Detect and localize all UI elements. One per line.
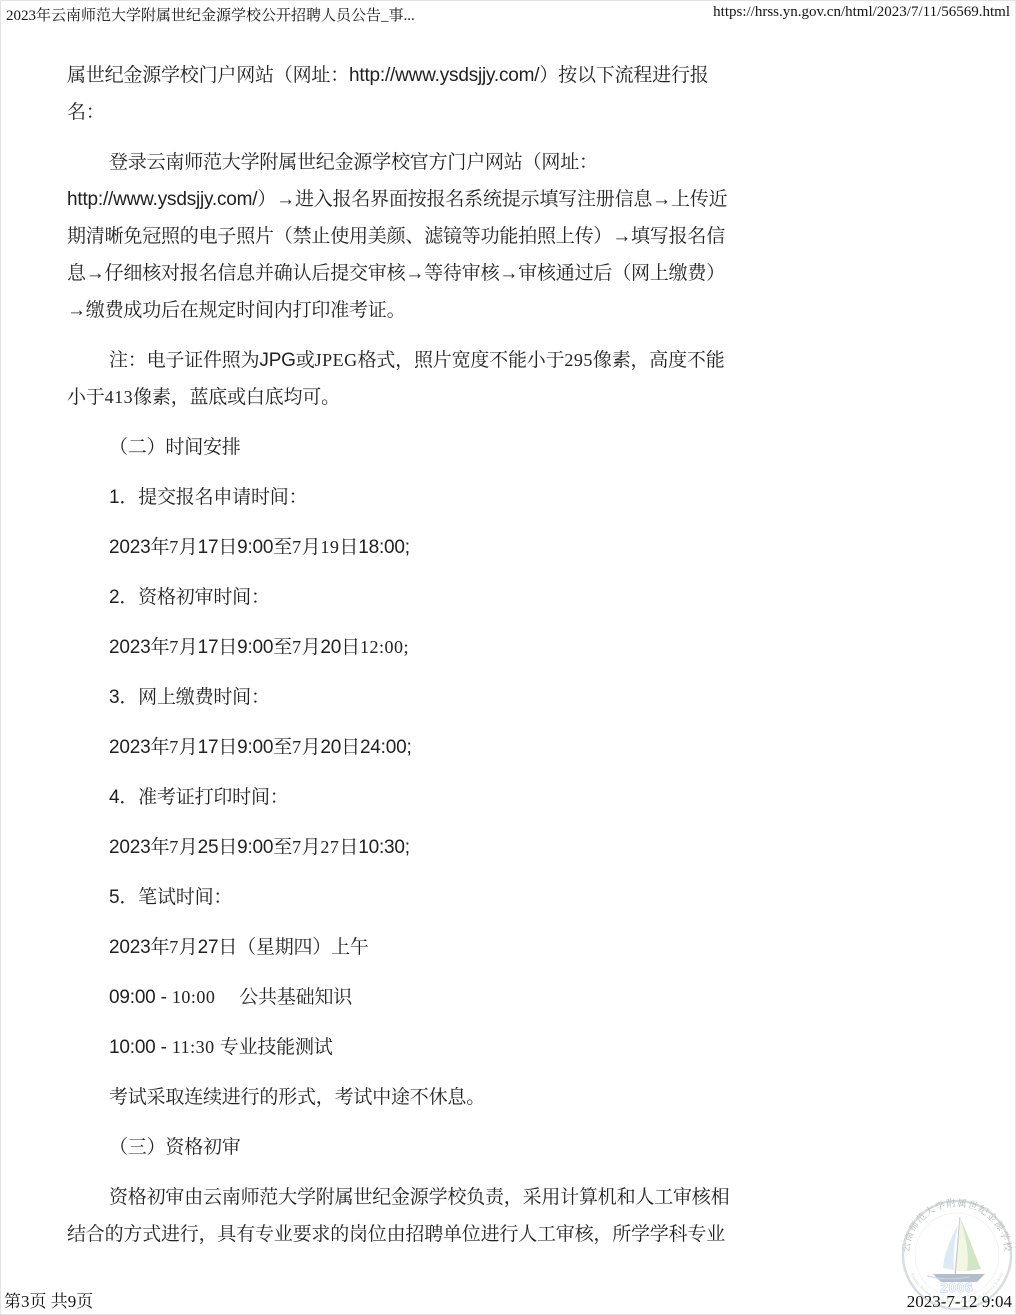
text-run: 4．准考证打印时间： [109,787,289,808]
paragraph: 2023年7月25日9:00至7月27日10:30; [67,829,741,866]
page-number: 第3页 共9页 [4,1287,93,1312]
paragraph: 2023年7月27日（星期四）上午 [67,929,741,966]
text-run: 月17日9:00至 [179,537,292,558]
paragraph: 注：电子证件照为JPG或JPEG格式，照片宽度不能小于295像素，高度不能小于4… [67,342,741,416]
paragraph: 1．提交报名申请时间： [67,479,741,516]
serif-number-run: 7 [169,637,179,657]
paragraph: 属世纪金源学校门户网站（网址：http://www.ysdsjjy.com/）按… [67,57,741,131]
text-run: 专业技能测试 [215,1037,333,1058]
serif-number-run: JPEG [315,350,358,370]
print-timestamp: 2023-7-12 9:04 [907,1292,1012,1312]
print-header: 2023年云南师范大学附属世纪金源学校公开招聘人员公告_事... https:/… [6,4,1010,25]
serif-number-run: 295 [564,350,593,370]
text-run: 2023年 [109,737,169,758]
paragraph: 资格初审由云南师范大学附属世纪金源学校负责，采用计算机和人工审核相结合的方式进行… [67,1179,741,1253]
text-run: 2023年 [109,937,169,958]
text-run: 登录云南师范大学附属世纪金源学校官方门户网站（网址：http://www.ysd… [67,152,727,321]
serif-number-run: 413 [105,387,134,407]
paragraph: 2023年7月17日9:00至7月19日18:00; [67,529,741,566]
serif-number-run: 27 [320,837,339,857]
serif-number-run: 11:30 [172,1037,215,1057]
text-run: 月25日9:00至 [179,837,292,858]
text-run: 属世纪金源学校门户网站（网址：http://www.ysdsjjy.com/）按… [67,65,709,123]
paragraph: （二）时间安排 [67,429,741,466]
text-run: 像素，蓝底或白底均可。 [133,387,340,408]
sailboat-icon [927,1217,985,1282]
paragraph: 登录云南师范大学附属世纪金源学校官方门户网站（网址：http://www.ysd… [67,144,741,329]
serif-number-run: 7 [169,837,179,857]
serif-number-run: 7 [292,637,302,657]
text-run: 月20日 [302,637,360,658]
text-run: 09:00 - [109,987,172,1008]
paragraph: 3．网上缴费时间： [67,679,741,716]
paragraph: 09:00 - 10:00 公共基础知识 [67,979,741,1016]
text-run: 月 [302,837,321,858]
serif-number-run: 7 [292,737,302,757]
text-run: 5．笔试时间： [109,887,232,908]
text-run: 月17日9:00至 [179,737,292,758]
serif-number-run: 19 [320,537,339,557]
paragraph: 2023年7月17日9:00至7月20日24:00; [67,729,741,766]
text-run: 2．资格初审时间： [109,587,270,608]
text-run: 3．网上缴费时间： [109,687,270,708]
source-url: https://hrss.yn.gov.cn/html/2023/7/11/56… [713,4,1010,21]
serif-number-run: 7 [292,837,302,857]
text-run: 注：电子证件照为JPG或 [109,350,315,371]
serif-number-run: 10:00 [172,987,216,1007]
print-page: 2023年云南师范大学附属世纪金源学校公开招聘人员公告_事... https:/… [0,0,1016,1315]
paragraph: 2023年7月17日9:00至7月20日12:00; [67,629,741,666]
print-footer: 第3页 共9页 2023-7-12 9:04 [4,1287,1012,1312]
paragraph: 10:00 - 11:30 专业技能测试 [67,1029,741,1066]
paragraph: 2．资格初审时间： [67,579,741,616]
text-run: 月20日24:00; [302,737,412,758]
text-run: 考试采取连续进行的形式，考试中途不休息。 [109,1087,485,1108]
document-body: 属世纪金源学校门户网站（网址：http://www.ysdsjjy.com/）按… [67,57,741,1266]
text-run: 日10:30; [339,837,409,858]
document-title: 2023年云南师范大学附属世纪金源学校公开招聘人员公告_事... [6,4,415,25]
text-run: 日18:00; [339,537,409,558]
text-run: 月27日（星期四）上午 [179,937,369,958]
paragraph: 5．笔试时间： [67,879,741,916]
serif-number-run: 7 [169,537,179,557]
serif-number-run: 7 [169,937,179,957]
serif-number-run: 12:00; [360,637,409,657]
text-run: 2023年 [109,837,169,858]
paragraph: （三）资格初审 [67,1129,741,1166]
text-run: （二）时间安排 [109,437,241,458]
text-run: 1．提交报名申请时间： [109,487,307,508]
text-run: 2023年 [109,637,169,658]
text-run: 月17日9:00至 [179,637,292,658]
text-run: 格式，照片宽度不能小于 [358,350,565,371]
serif-number-run: 7 [169,737,179,757]
text-run: （三）资格初审 [109,1137,241,1158]
paragraph: 4．准考证打印时间： [67,779,741,816]
text-run: 公共基础知识 [215,987,352,1008]
serif-number-run: 7 [292,537,302,557]
text-run: 2023年 [109,537,169,558]
paragraph: 考试采取连续进行的形式，考试中途不休息。 [67,1079,741,1116]
text-run: 10:00 - [109,1037,172,1058]
text-run: 资格初审由云南师范大学附属世纪金源学校负责，采用计算机和人工审核相结合的方式进行… [67,1187,729,1245]
text-run: 月 [302,537,321,558]
